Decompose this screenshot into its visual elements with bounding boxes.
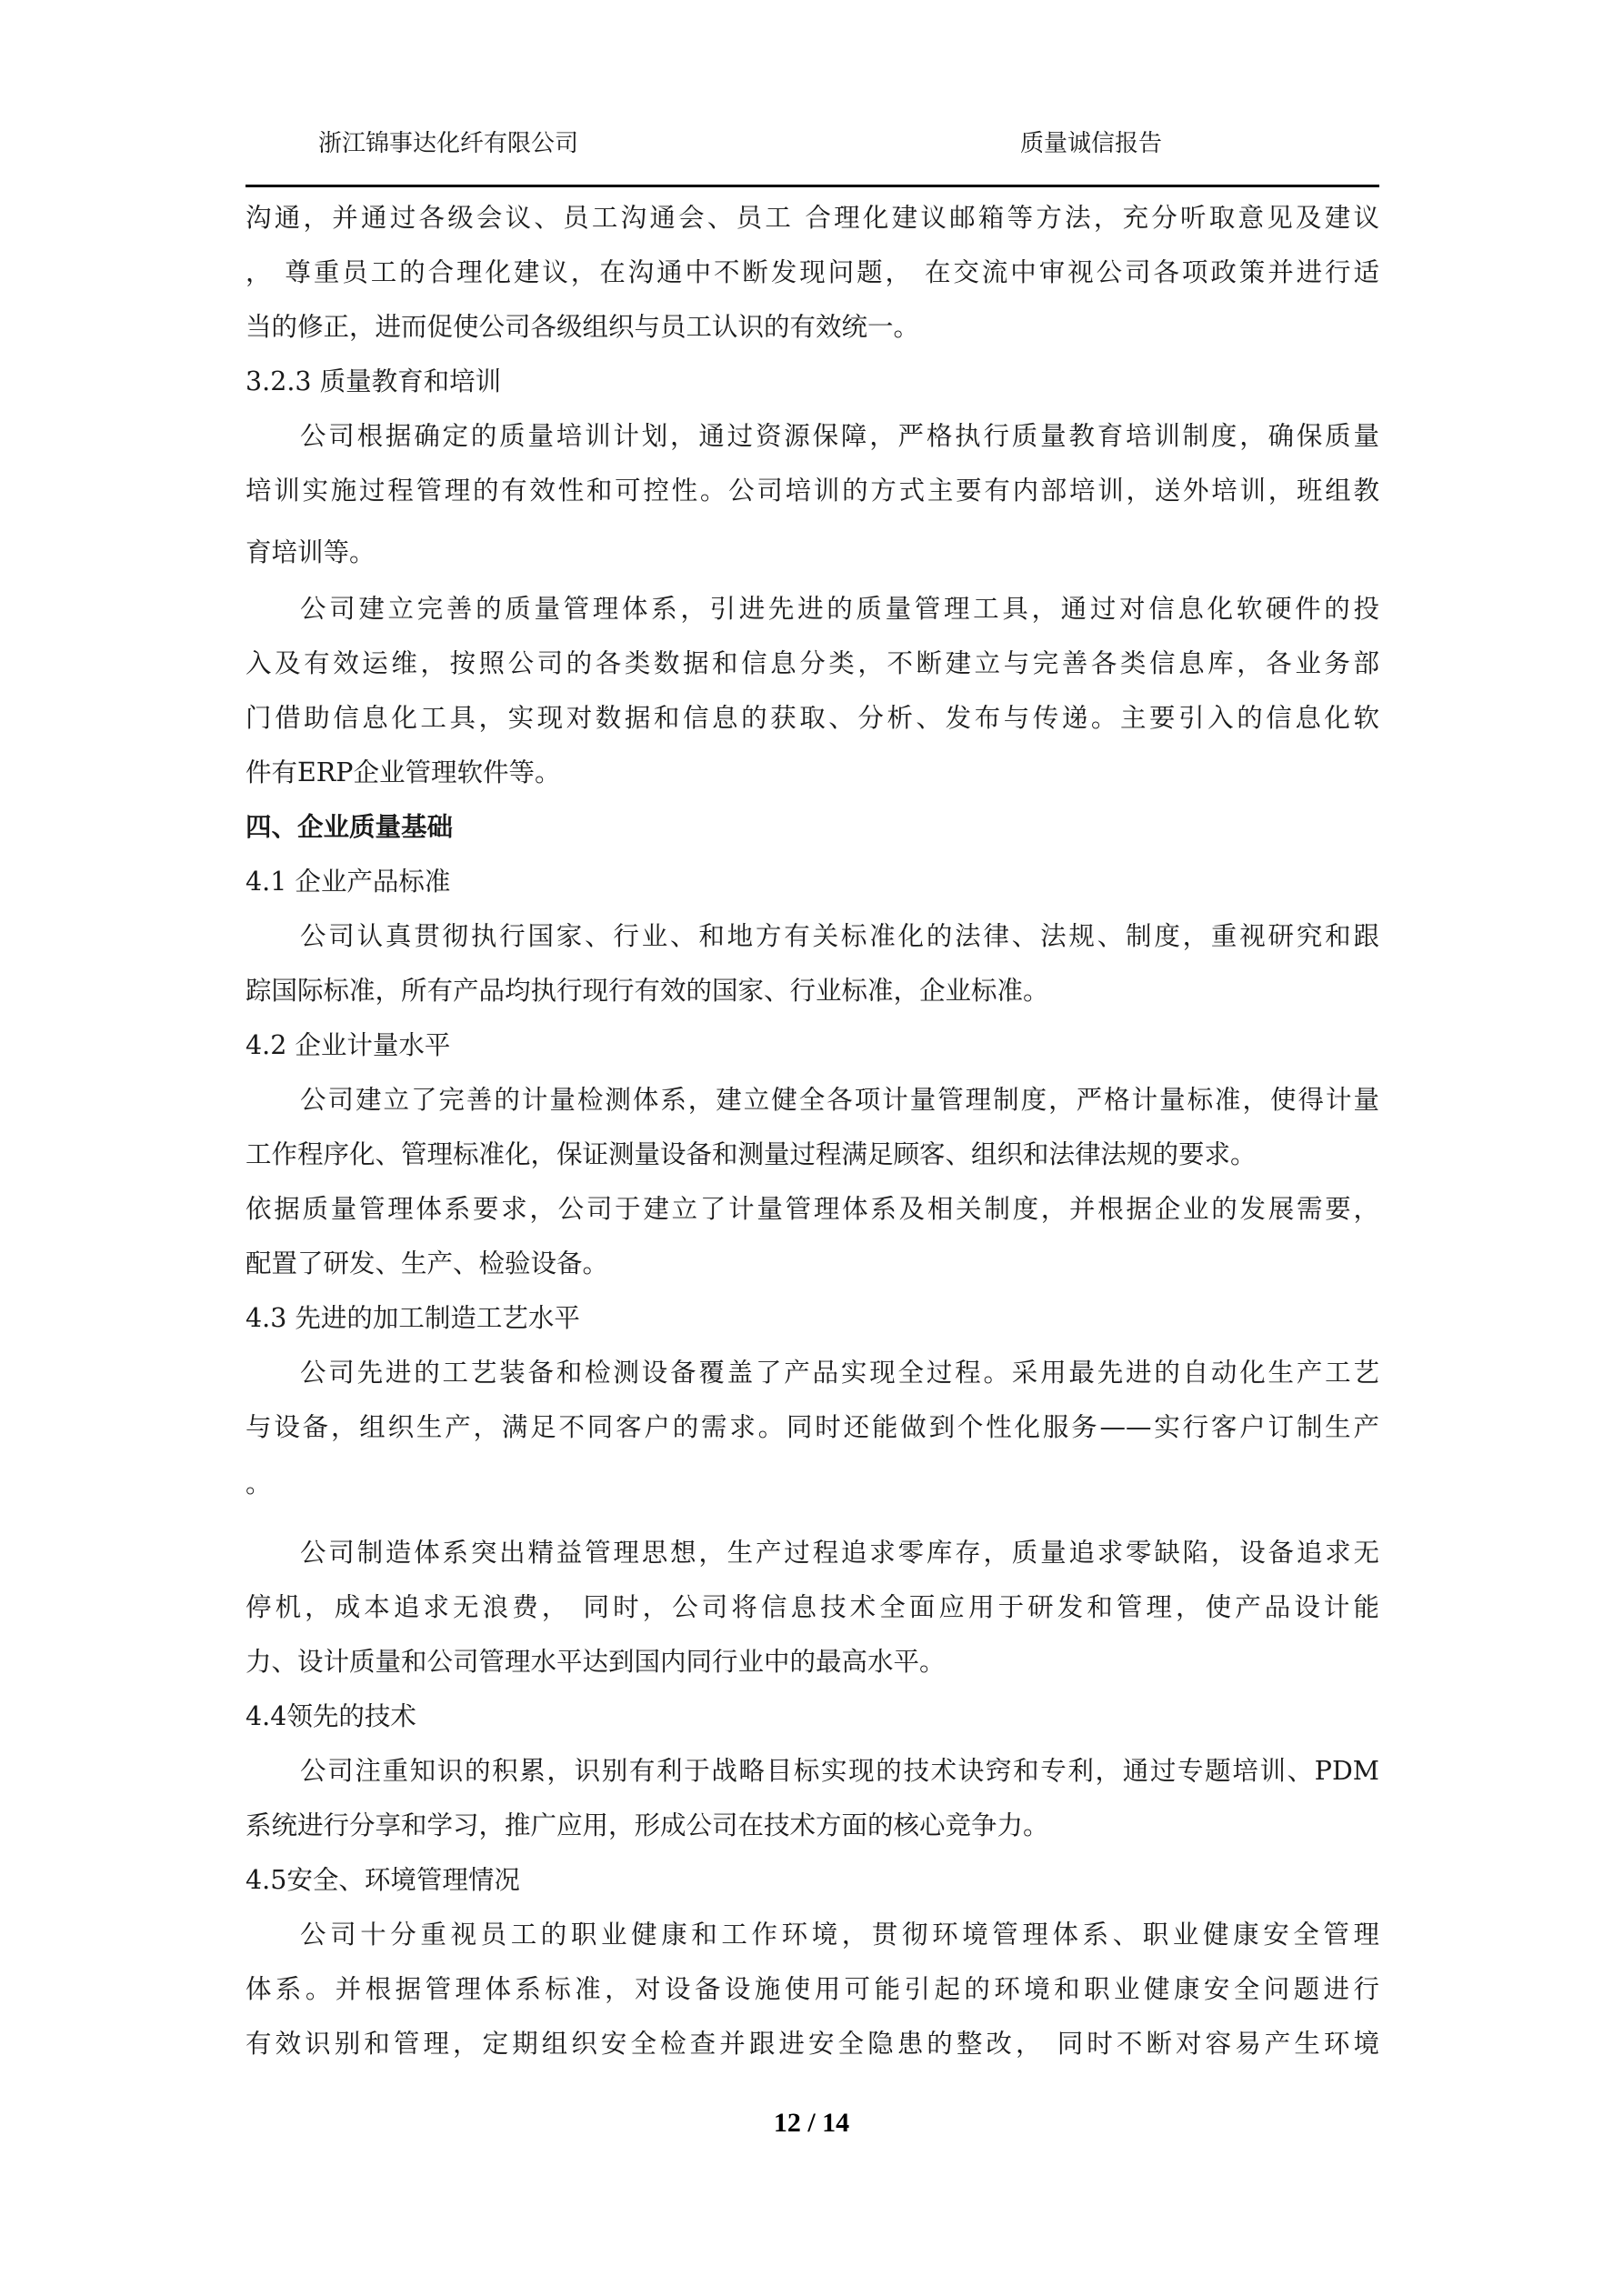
section-heading: 4.1 企业产品标准 <box>245 864 1379 900</box>
text-line: 公司建立完善的质量管理体系，引进先进的质量管理工具，通过对信息化软硬件的投 <box>245 591 1379 627</box>
page-number: 12 / 14 <box>0 2108 1623 2139</box>
text-line: 门借助信息化工具，实现对数据和信息的获取、分析、发布与传递。主要引入的信息化软 <box>245 700 1379 737</box>
document-page: 浙江锦事达化纤有限公司 质量诚信报告 沟通，并通过各级会议、员工沟通会、员工 合… <box>0 0 1623 2296</box>
text-line: 有效识别和管理，定期组织安全检查并跟进安全隐患的整改， 同时不断对容易产生环境 <box>245 2026 1379 2062</box>
chapter-heading: 四、企业质量基础 <box>245 809 1379 846</box>
text-line: 沟通，并通过各级会议、员工沟通会、员工 合理化建议邮箱等方法，充分听取意见及建议 <box>245 200 1379 236</box>
header-company-name: 浙江锦事达化纤有限公司 <box>318 127 578 160</box>
section-heading: 3.2.3 质量教育和培训 <box>245 364 1379 400</box>
section-heading: 4.4领先的技术 <box>245 1699 1379 1735</box>
text-line: 系统进行分享和学习，推广应用，形成公司在技术方面的核心竞争力。 <box>245 1808 1379 1844</box>
text-line: 件有ERP企业管理软件等。 <box>245 755 1379 791</box>
text-line: 力、设计质量和公司管理水平达到国内同行业中的最高水平。 <box>245 1644 1379 1680</box>
text-line: 公司认真贯彻执行国家、行业、和地方有关标准化的法律、法规、制度，重视研究和跟 <box>245 918 1379 955</box>
text-line: 公司制造体系突出精益管理思想，生产过程追求零库存，质量追求零缺陷，设备追求无 <box>245 1535 1379 1571</box>
text-line: 停机，成本追求无浪费， 同时，公司将信息技术全面应用于研发和管理，使产品设计能 <box>245 1589 1379 1626</box>
text-line: 踪国际标准，所有产品均执行现行有效的国家、行业标准，企业标准。 <box>245 973 1379 1009</box>
text-line: 公司根据确定的质量培训计划，通过资源保障，严格执行质量教育培训制度，确保质量 <box>245 418 1379 455</box>
text-line: ， 尊重员工的合理化建议，在沟通中不断发现问题， 在交流中审视公司各项政策并进行… <box>245 255 1379 291</box>
text-line: 依据质量管理体系要求，公司于建立了计量管理体系及相关制度，并根据企业的发展需要， <box>245 1191 1379 1228</box>
text-line: 工作程序化、管理标准化，保证测量设备和测量过程满足顾客、组织和法律法规的要求。 <box>245 1137 1379 1173</box>
text-line: 公司先进的工艺装备和检测设备覆盖了产品实现全过程。采用最先进的自动化生产工艺 <box>245 1355 1379 1391</box>
text-line: 公司十分重视员工的职业健康和工作环境，贯彻环境管理体系、职业健康安全管理 <box>245 1917 1379 1953</box>
section-heading: 4.2 企业计量水平 <box>245 1028 1379 1064</box>
text-line: 入及有效运维，按照公司的各类数据和信息分类，不断建立与完善各类信息库，各业务部 <box>245 646 1379 682</box>
text-line: 配置了研发、生产、检验设备。 <box>245 1246 1379 1282</box>
text-line: 。 <box>245 1466 1379 1502</box>
text-line: 体系。并根据管理体系标准，对设备设施使用可能引起的环境和职业健康安全问题进行 <box>245 1971 1379 2008</box>
section-heading: 4.3 先进的加工制造工艺水平 <box>245 1300 1379 1337</box>
section-heading: 4.5安全、环境管理情况 <box>245 1862 1379 1899</box>
text-line: 公司注重知识的积累，识别有利于战略目标实现的技术诀窍和专利，通过专题培训、PDM <box>245 1753 1379 1790</box>
text-line: 与设备，组织生产，满足不同客户的需求。同时还能做到个性化服务——实行客户订制生产 <box>245 1409 1379 1446</box>
header-divider <box>245 185 1379 187</box>
text-line: 育培训等。 <box>245 535 1379 571</box>
header-report-title: 质量诚信报告 <box>1020 127 1162 160</box>
text-line: 公司建立了完善的计量检测体系，建立健全各项计量管理制度，严格计量标准，使得计量 <box>245 1082 1379 1118</box>
text-line: 当的修正，进而促使公司各级组织与员工认识的有效统一。 <box>245 309 1379 346</box>
text-line: 培训实施过程管理的有效性和可控性。公司培训的方式主要有内部培训，送外培训，班组教 <box>245 473 1379 509</box>
